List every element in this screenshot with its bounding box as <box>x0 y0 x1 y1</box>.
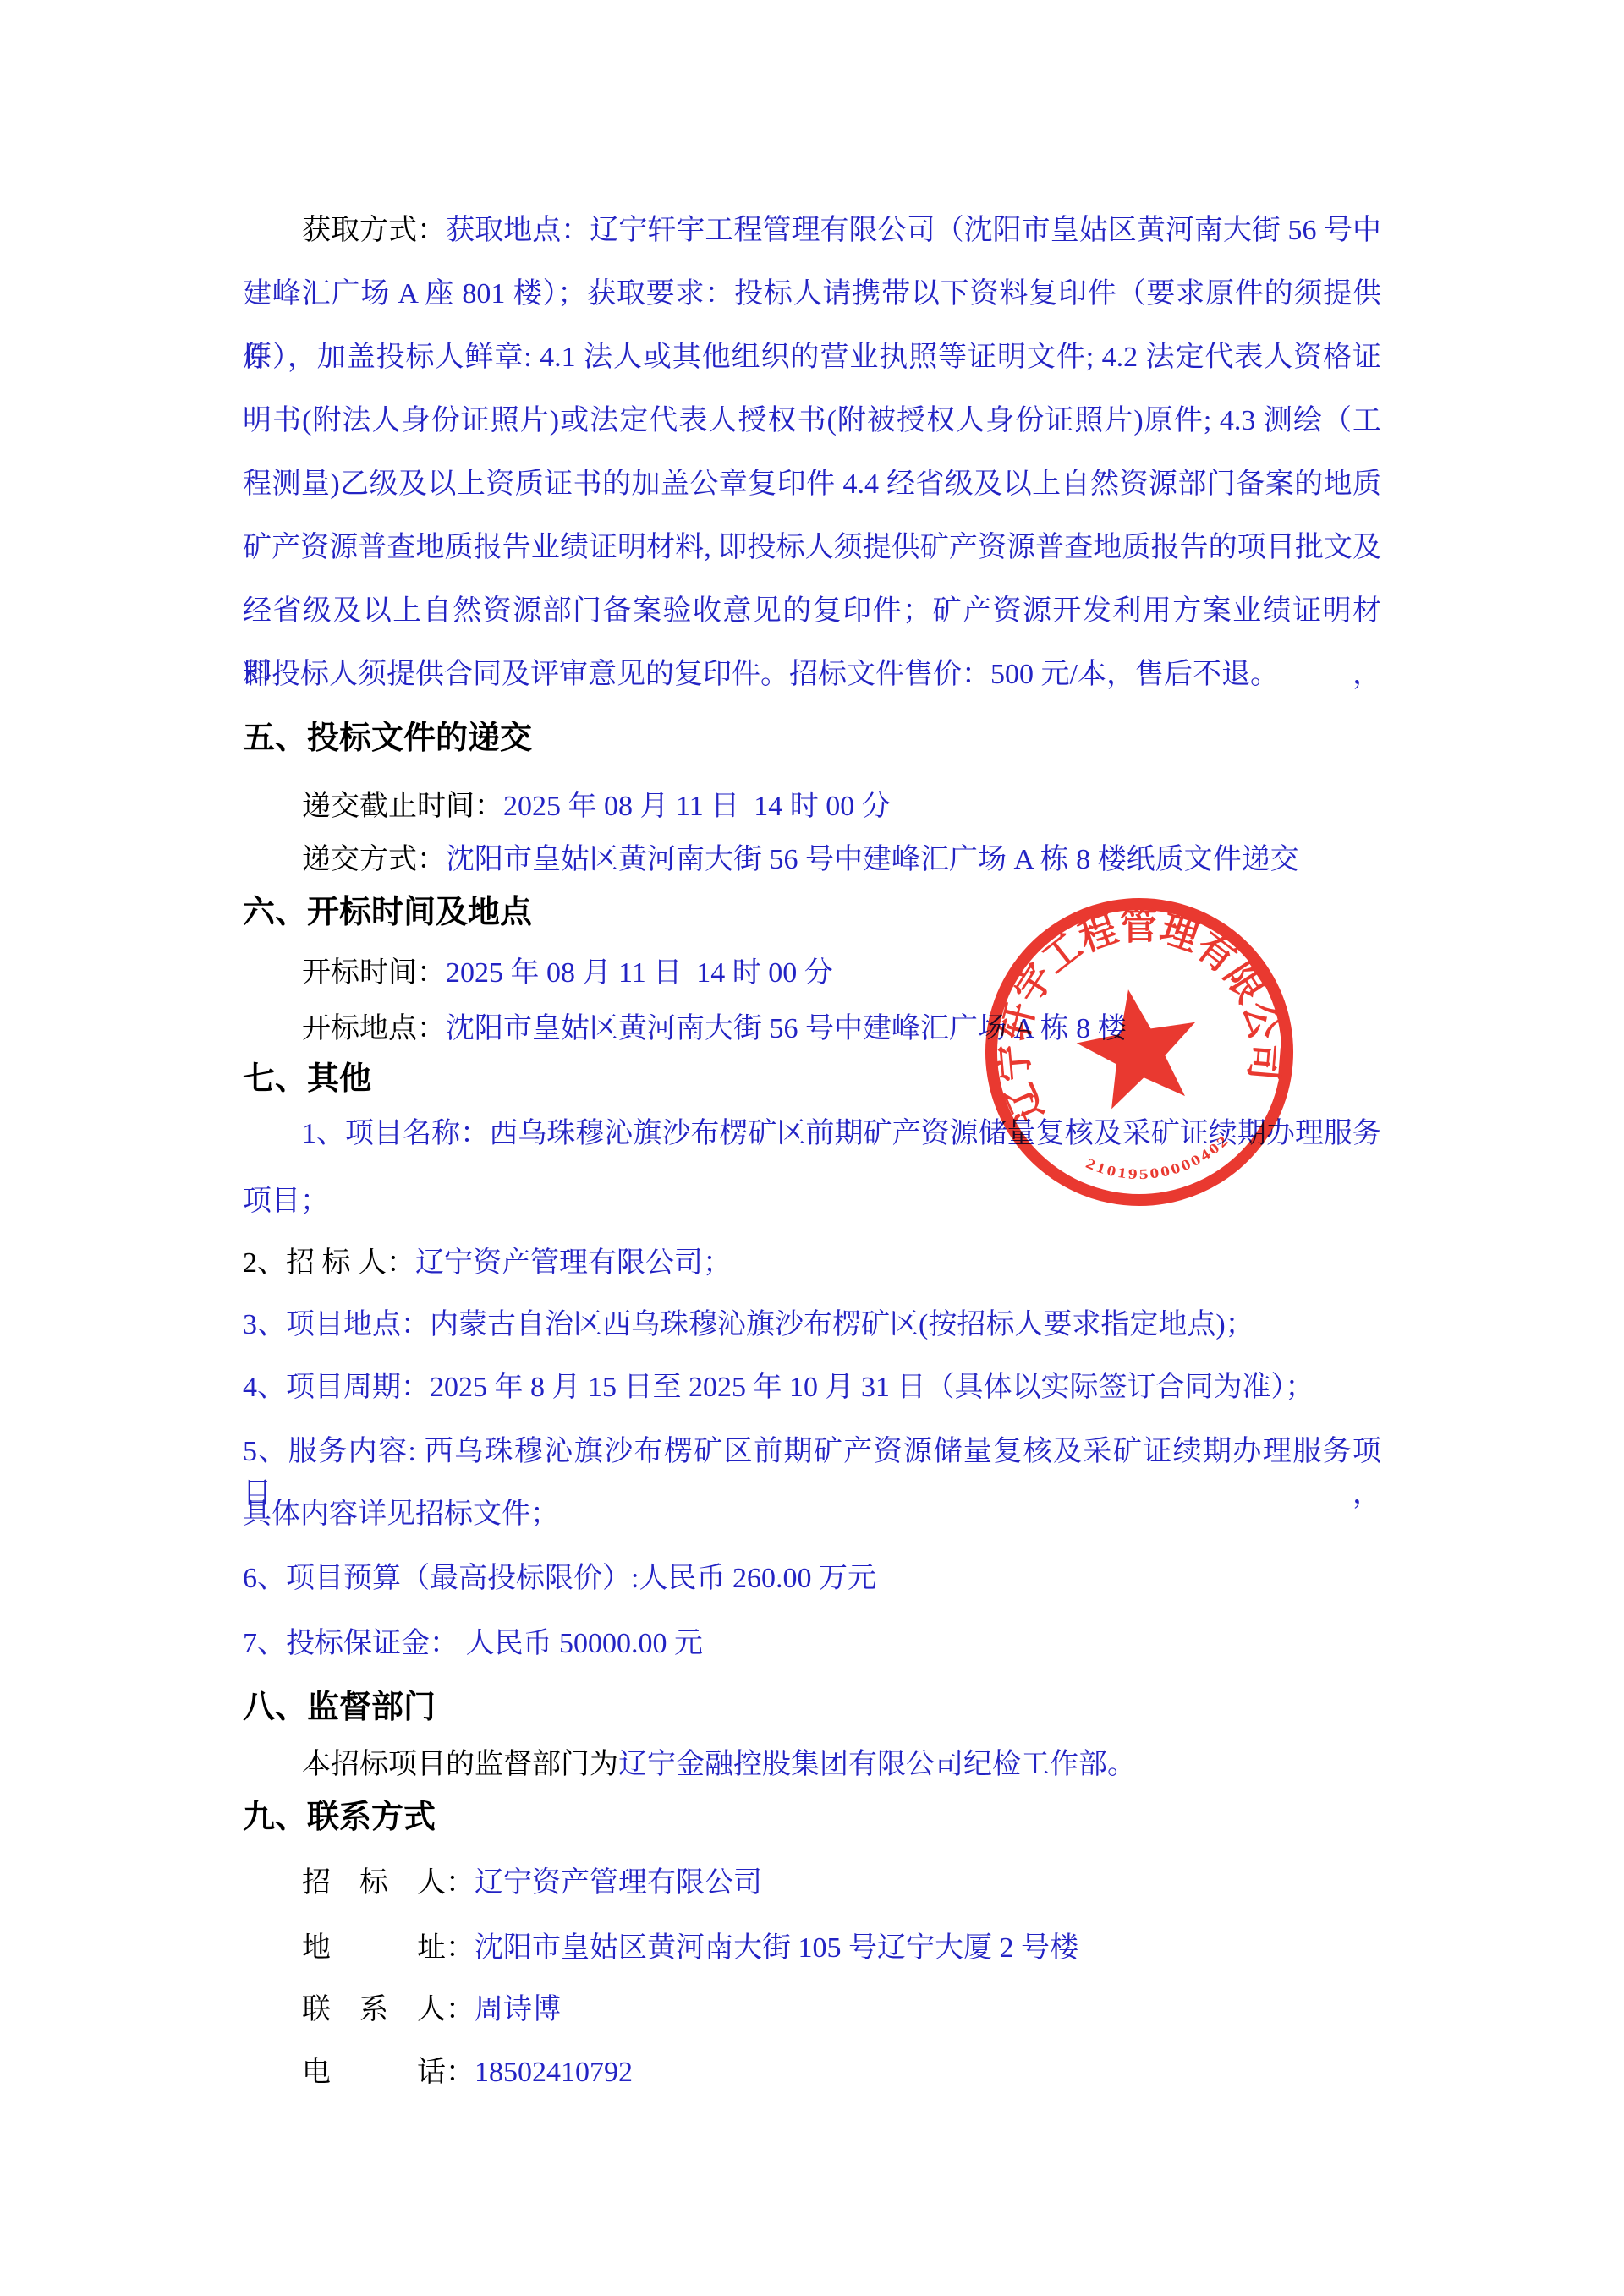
opening-place-label: 开标地点： <box>302 1013 446 1044</box>
project-period-row: 4、项目周期：2025 年 8 月 15 日至 2025 年 10 月 31 日… <box>243 1367 1314 1409</box>
contact-address-value: 沈阳市皇姑区黄河南大街 105 号辽宁大厦 2 号楼 <box>475 1932 1078 1964</box>
intro-line: 件），加盖投标人鲜章: 4.1 法人或其他组织的营业执照等证明文件; 4.2 法… <box>243 326 1381 389</box>
section6-heading: 六、开标时间及地点 <box>243 890 532 935</box>
supervision-department: 辽宁金融控股集团有限公司纪检工作部。 <box>618 1749 1136 1780</box>
section8-heading: 八、监督部门 <box>243 1685 436 1730</box>
section7-heading: 七、其他 <box>243 1056 371 1102</box>
deadline-row: 递交截止时间：2025 年 08 月 11 日 14 时 00 分 <box>302 786 891 828</box>
submission-method-row: 递交方式：沈阳市皇姑区黄河南大街 56 号中建峰汇广场 A 栋 8 楼纸质文件递… <box>302 839 1299 881</box>
contact-person-label: 联 系 人： <box>302 1994 475 2025</box>
project-location-row: 3、项目地点：内蒙古自治区西乌珠穆沁旗沙布楞矿区(按招标人要求指定地点)； <box>243 1304 1254 1346</box>
opening-time-value: 2025 年 08 月 11 日 14 时 00 分 <box>446 957 833 989</box>
submission-method-label: 递交方式： <box>302 844 446 875</box>
contact-phone-row: 电 话：18502410792 <box>302 2052 633 2094</box>
intro-line: 获取方式：获取地点：辽宁轩宇工程管理有限公司（沈阳市皇姑区黄河南大街 56 号中 <box>243 199 1381 262</box>
tenderee-value: 辽宁资产管理有限公司； <box>415 1247 732 1279</box>
supervision-text: 本招标项目的监督部门为 <box>302 1749 618 1780</box>
opening-time-label: 开标时间： <box>302 957 446 989</box>
service-content-line2: 具体内容详见招标文件； <box>243 1493 559 1536</box>
company-seal-stamp: 辽宁轩宇工程管理有限公司 21019500000402 <box>969 882 1309 1222</box>
section5-heading: 五、投标文件的递交 <box>243 715 532 761</box>
section9-heading: 九、联系方式 <box>243 1795 436 1840</box>
tenderee-row: 2、招 标 人：辽宁资产管理有限公司； <box>243 1242 732 1285</box>
deadline-label: 递交截止时间： <box>302 791 503 822</box>
contact-phone-label: 电 话： <box>302 2057 475 2088</box>
contact-address-label: 地 址： <box>302 1932 475 1964</box>
contact-person-row: 联 系 人：周诗博 <box>302 1989 561 2031</box>
intro-line: 明书(附法人身份证照片)或法定代表人授权书(附被授权人身份证照片)原件; 4.3… <box>243 389 1381 452</box>
seal-star-icon <box>1069 979 1208 1113</box>
intro-line: 矿产资源普查地质报告业绩证明材料, 即投标人须提供矿产资源普查地质报告的项目批文… <box>243 516 1381 579</box>
document-page: 获取方式：获取地点：辽宁轩宇工程管理有限公司（沈阳市皇姑区黄河南大街 56 号中… <box>0 0 1624 2296</box>
bid-bond-row: 7、投标保证金： 人民币 50000.00 元 <box>243 1623 703 1665</box>
tenderee-label: 2、招 标 人： <box>243 1247 415 1279</box>
intro-line: 即投标人须提供合同及评审意见的复印件。招标文件售价：500 元/本，售后不退。 <box>243 643 1381 706</box>
contact-person-value: 周诗博 <box>475 1994 561 2025</box>
budget-row: 6、项目预算（最高投标限价）:人民币 260.00 万元 <box>243 1558 876 1600</box>
contact-address-row: 地 址：沈阳市皇姑区黄河南大街 105 号辽宁大厦 2 号楼 <box>302 1927 1078 1970</box>
intro-line: 程测量)乙级及以上资质证书的加盖公章复印件 4.4 经省级及以上自然资源部门备案… <box>243 452 1381 516</box>
project-name-line2: 项目； <box>243 1181 329 1223</box>
intro-line-label: 获取方式： <box>302 215 446 246</box>
submission-method-value: 沈阳市皇姑区黄河南大街 56 号中建峰汇广场 A 栋 8 楼纸质文件递交 <box>446 844 1299 875</box>
contact-tenderee-row: 招 标 人：辽宁资产管理有限公司 <box>302 1862 762 1904</box>
deadline-value: 2025 年 08 月 11 日 14 时 00 分 <box>503 791 891 822</box>
intro-line-text: 获取地点：辽宁轩宇工程管理有限公司（沈阳市皇姑区黄河南大街 56 号中 <box>446 215 1381 246</box>
contact-tenderee-label: 招 标 人： <box>302 1867 475 1899</box>
contact-phone-value: 18502410792 <box>475 2057 633 2088</box>
opening-time-row: 开标时间：2025 年 08 月 11 日 14 时 00 分 <box>302 952 833 995</box>
contact-tenderee-value: 辽宁资产管理有限公司 <box>475 1867 762 1899</box>
supervision-row: 本招标项目的监督部门为辽宁金融控股集团有限公司纪检工作部。 <box>302 1744 1136 1786</box>
